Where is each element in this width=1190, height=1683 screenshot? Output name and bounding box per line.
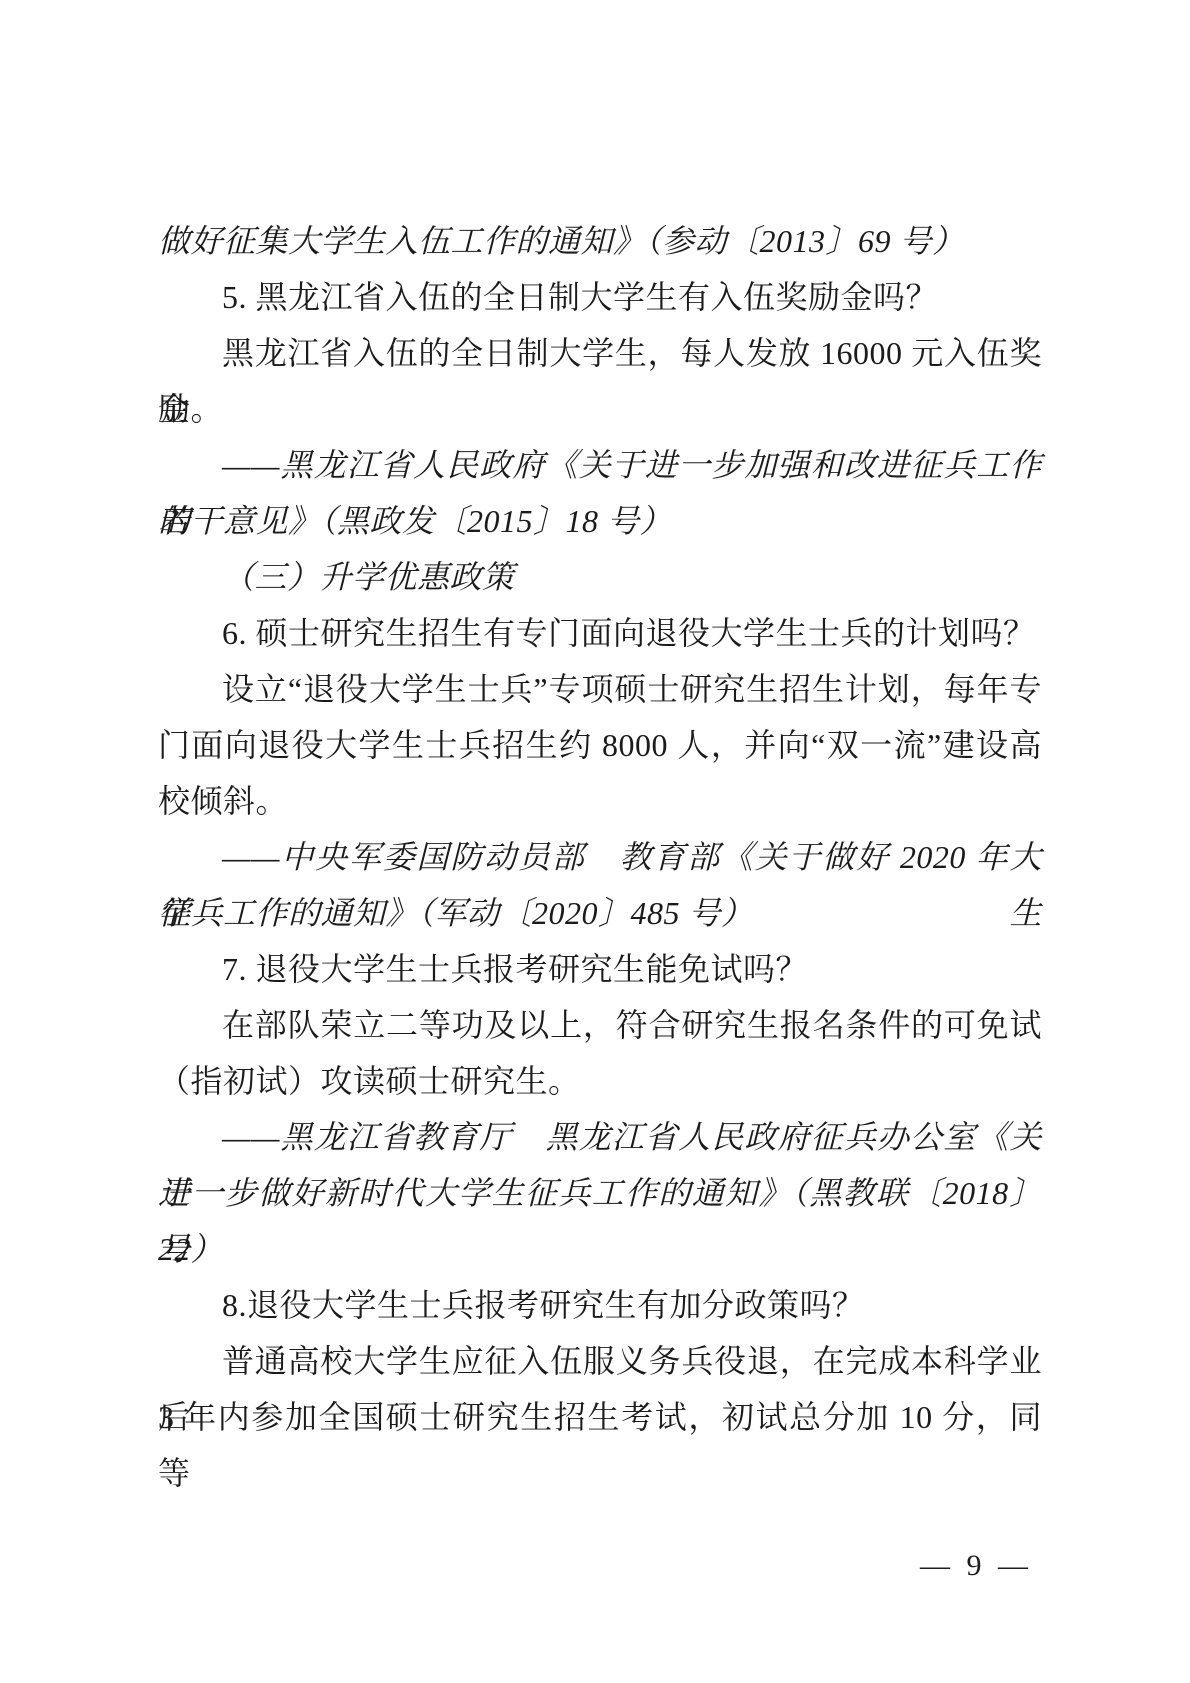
citation-line: 进一步做好新时代大学生征兵工作的通知》（黑教联〔2018〕22	[158, 1165, 1042, 1221]
question-line: 6. 硕士研究生招生有专门面向退役大学生士兵的计划吗？	[158, 605, 1042, 661]
citation-line: 做好征集大学生入伍工作的通知》（参动〔2013〕69 号）	[158, 213, 1042, 269]
answer-line: 校倾斜。	[158, 773, 1042, 829]
question-line: 7. 退役大学生士兵报考研究生能免试吗？	[158, 941, 1042, 997]
answer-line: （指初试）攻读硕士研究生。	[158, 1053, 1042, 1109]
document-body: 做好征集大学生入伍工作的通知》（参动〔2013〕69 号） 5. 黑龙江省入伍的…	[158, 213, 1042, 1445]
answer-line: 门面向退役大学生士兵招生约 8000 人，并向“双一流”建设高	[158, 717, 1042, 773]
page-number: — 9 —	[920, 1548, 1028, 1584]
citation-line: 号）	[158, 1221, 1042, 1277]
answer-line: 设立“退役大学生士兵”专项硕士研究生招生计划，每年专	[158, 661, 1042, 717]
citation-line: 若干意见》（黑政发〔2015〕18 号）	[158, 493, 1042, 549]
answer-line: 金。	[158, 381, 1042, 437]
section-heading: （三）升学优惠政策	[158, 549, 1042, 605]
question-line: 5. 黑龙江省入伍的全日制大学生有入伍奖励金吗？	[158, 269, 1042, 325]
answer-line: 在部队荣立二等功及以上，符合研究生报名条件的可免试	[158, 997, 1042, 1053]
citation-line: ——黑龙江省人民政府《关于进一步加强和改进征兵工作的	[158, 437, 1042, 493]
citation-line: ——中央军委国防动员部 教育部《关于做好 2020 年大学生	[158, 829, 1042, 885]
answer-line: 3 年内参加全国硕士研究生招生考试，初试总分加 10 分，同等	[158, 1389, 1042, 1445]
answer-line: 普通高校大学生应征入伍服义务兵役退，在完成本科学业后	[158, 1333, 1042, 1389]
document-page: 做好征集大学生入伍工作的通知》（参动〔2013〕69 号） 5. 黑龙江省入伍的…	[0, 0, 1190, 1683]
citation-line: ——黑龙江省教育厅 黑龙江省人民政府征兵办公室《关于	[158, 1109, 1042, 1165]
answer-line: 黑龙江省入伍的全日制大学生，每人发放 16000 元入伍奖励	[158, 325, 1042, 381]
question-line: 8.退役大学生士兵报考研究生有加分政策吗？	[158, 1277, 1042, 1333]
